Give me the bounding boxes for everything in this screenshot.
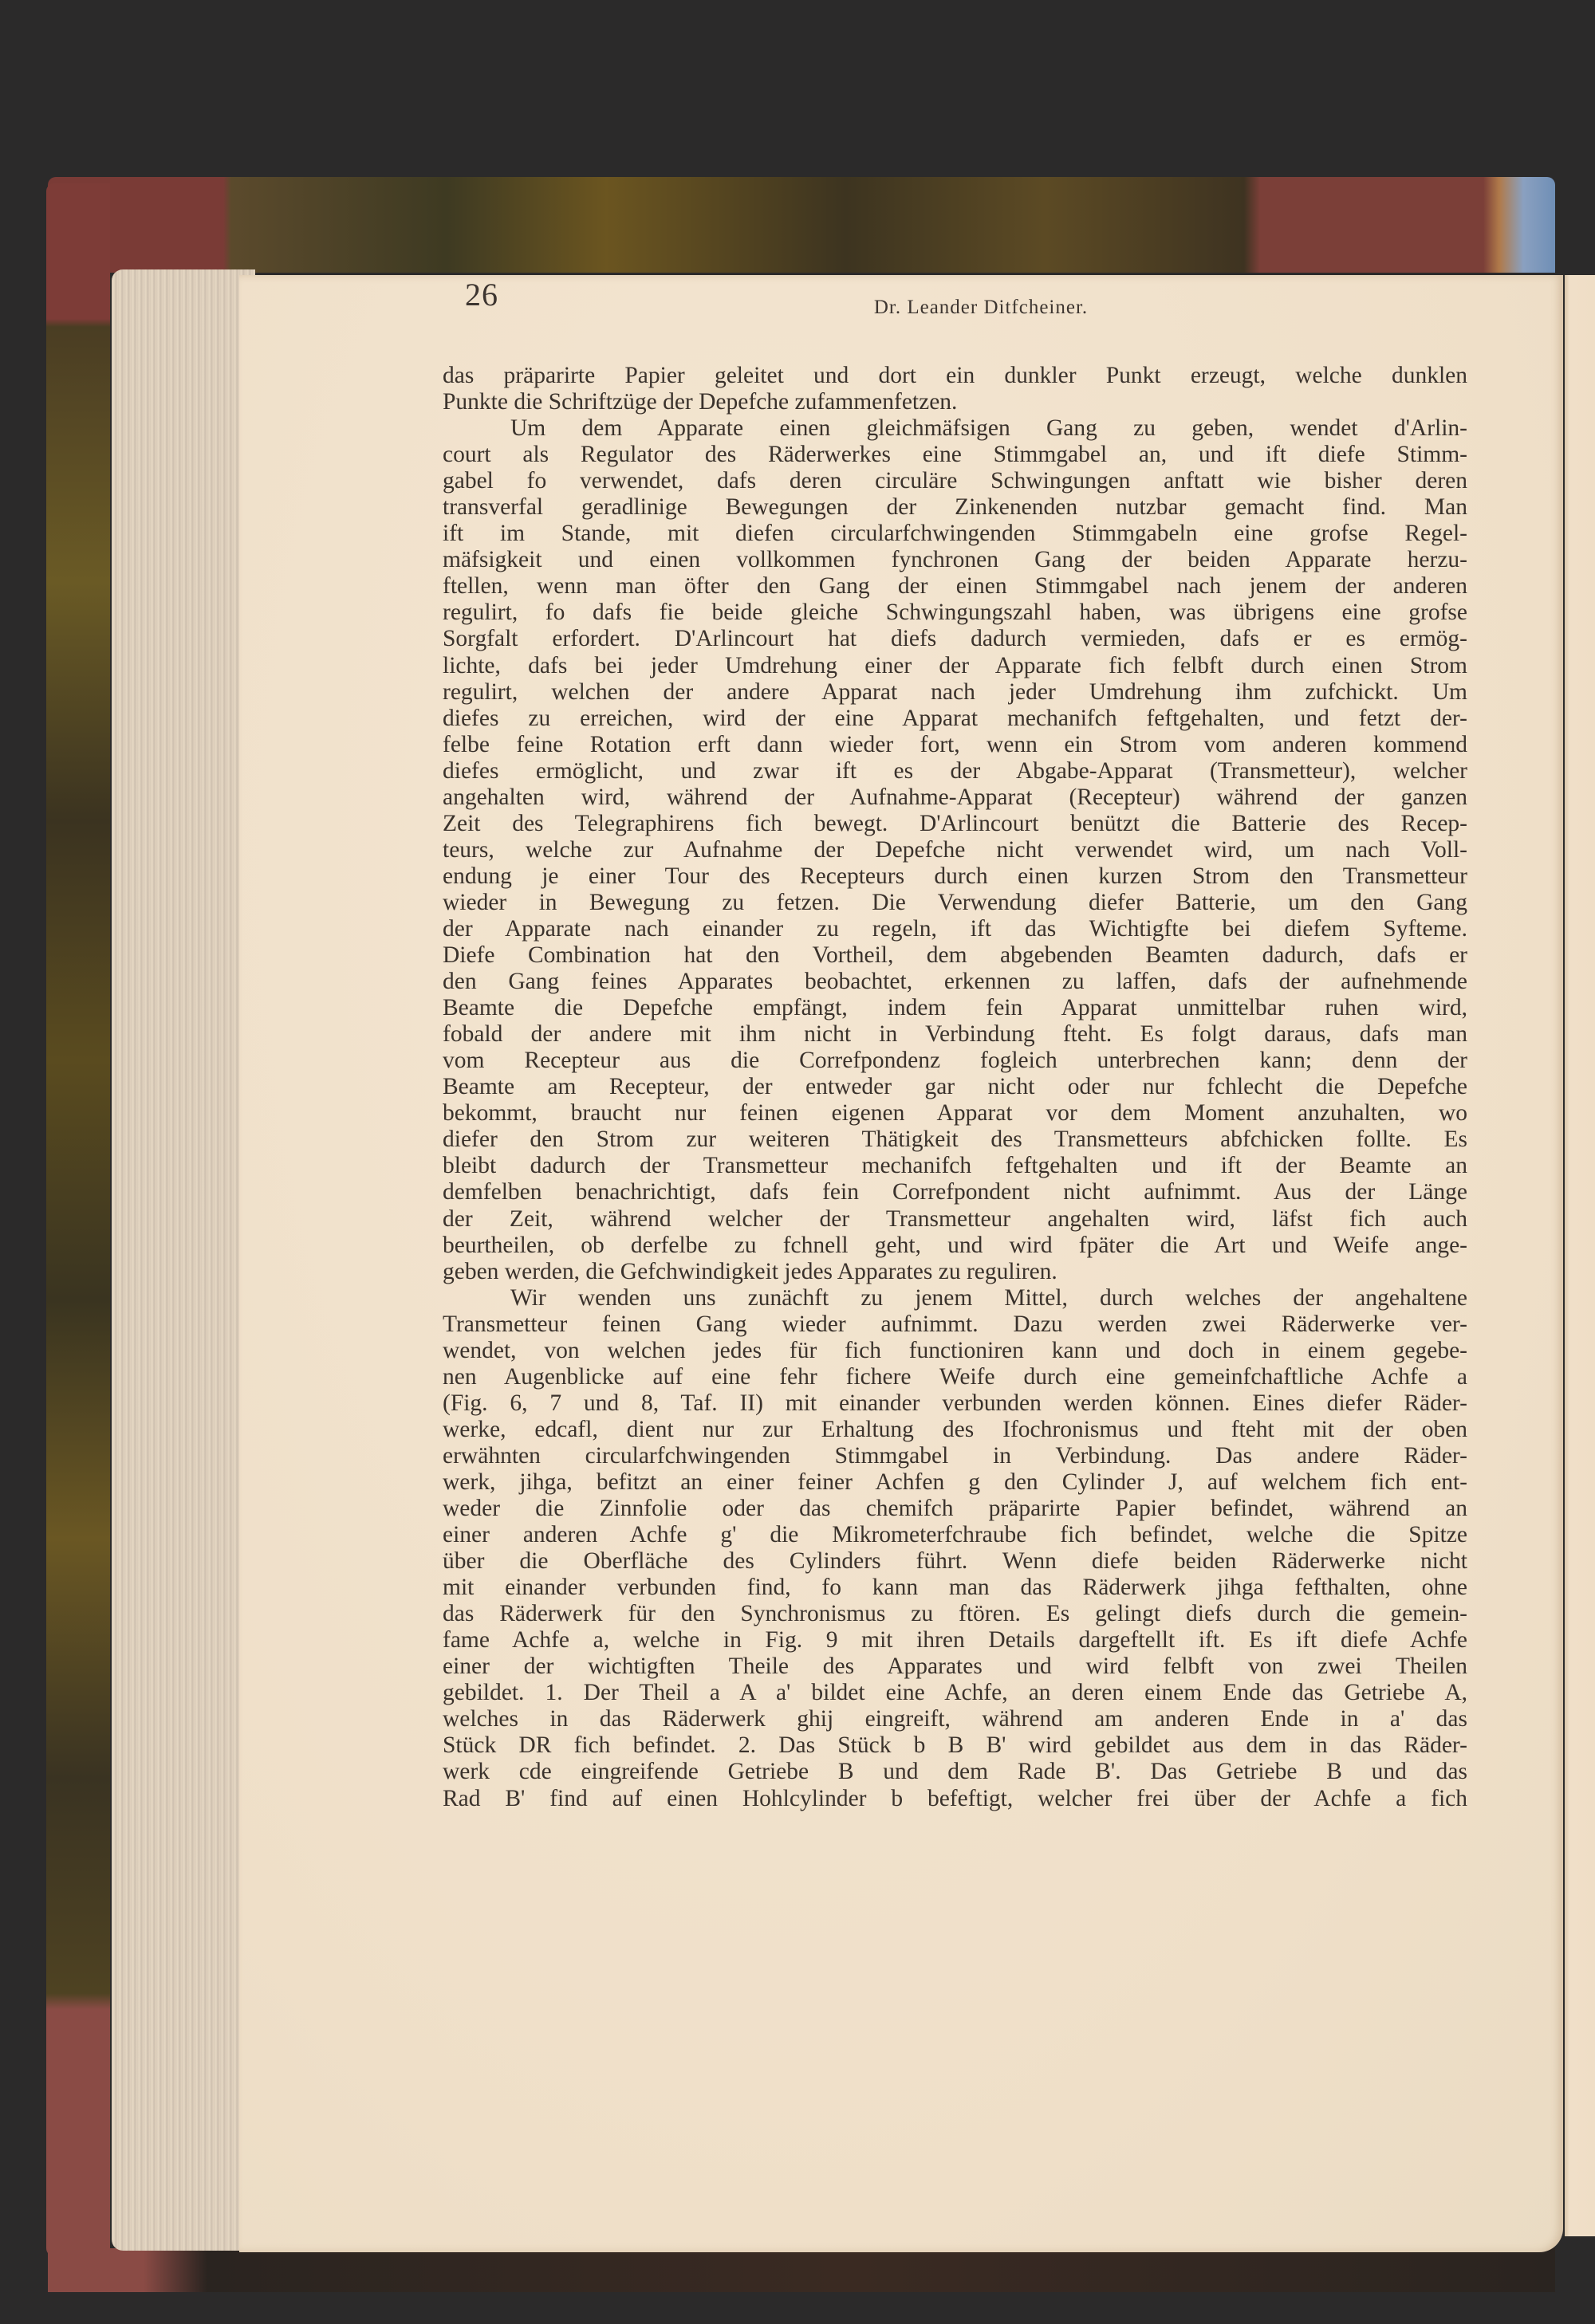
text-line: bekommt, braucht nur feinen eigenen Appa… bbox=[443, 1100, 1467, 1127]
text-line: lichte, dafs bei jeder Umdrehung einer d… bbox=[443, 653, 1467, 679]
text-line: demfelben benachrichtigt, dafs fein Corr… bbox=[443, 1179, 1467, 1205]
text-line: transverfal geradlinige Bewegungen der Z… bbox=[443, 494, 1467, 521]
text-line: wieder in Bewegung zu fetzen. Die Verwen… bbox=[443, 890, 1467, 916]
text-line: felbe feine Rotation erft dann wieder fo… bbox=[443, 732, 1467, 758]
text-line: bleibt dadurch der Transmetteur mechanif… bbox=[443, 1153, 1467, 1179]
text-line: wendet, von welchen jedes für fich funct… bbox=[443, 1338, 1467, 1364]
page-stack-edge bbox=[112, 269, 255, 2251]
text-line: Sorgfalt erfordert. D'Arlincourt hat die… bbox=[443, 626, 1467, 652]
book-cover-top-edge bbox=[48, 177, 1555, 273]
text-line: ftellen, wenn man öfter den Gang der ein… bbox=[443, 573, 1467, 600]
text-line: gabel fo verwendet, dafs deren circuläre… bbox=[443, 468, 1467, 494]
text-line: beurtheilen, ob derfelbe zu fchnell geht… bbox=[443, 1233, 1467, 1259]
text-line: Transmetteur feinen Gang wieder aufnimmt… bbox=[443, 1311, 1467, 1338]
text-line: teurs, welche zur Aufnahme der Depefche … bbox=[443, 837, 1467, 863]
text-line: das Räderwerk für den Synchronismus zu f… bbox=[443, 1601, 1467, 1627]
text-line: einer der wichtigften Theile des Apparat… bbox=[443, 1654, 1467, 1680]
text-line: werk, jihga, befitzt an einer feiner Ach… bbox=[443, 1469, 1467, 1496]
text-line: diefes zu erreichen, wird der eine Appar… bbox=[443, 706, 1467, 732]
text-line: werke, edcafl, dient nur zur Erhaltung d… bbox=[443, 1417, 1467, 1443]
text-line: (Fig. 6, 7 und 8, Taf. II) mit einander … bbox=[443, 1390, 1467, 1417]
text-line: über die Oberfläche des Cylinders führt.… bbox=[443, 1548, 1467, 1575]
text-line: vom Recepteur aus die Correfpondenz fogl… bbox=[443, 1048, 1467, 1074]
text-line: mäfsigkeit und einen vollkommen fynchron… bbox=[443, 547, 1467, 573]
text-line: angehalten wird, während der Aufnahme-Ap… bbox=[443, 784, 1467, 811]
book-cover-bottom-edge bbox=[48, 2248, 1555, 2292]
text-line: der Zeit, während welcher der Transmette… bbox=[443, 1206, 1467, 1233]
text-line: Punkte die Schriftzüge der Depefche zufa… bbox=[443, 389, 1467, 415]
text-line: court als Regulator des Räderwerkes eine… bbox=[443, 442, 1467, 468]
running-head-text: Dr. Leander Ditfcheiner. bbox=[874, 297, 1088, 318]
text-line: geben werden, die Gefchwindigkeit jedes … bbox=[443, 1259, 1467, 1285]
text-line: weder die Zinnfolie oder das chemifch pr… bbox=[443, 1496, 1467, 1522]
text-line: der Apparate nach einander zu regeln, if… bbox=[443, 916, 1467, 942]
text-line: erwähnten circularfchwingenden Stimmgabe… bbox=[443, 1443, 1467, 1469]
text-line: das präparirte Papier geleitet und dort … bbox=[443, 363, 1467, 389]
text-line: Stück DR fich befindet. 2. Das Stück b B… bbox=[443, 1732, 1467, 1759]
text-line: Beamte am Recepteur, der entweder gar ni… bbox=[443, 1074, 1467, 1100]
text-line: ift im Stande, mit diefen circularfchwin… bbox=[443, 521, 1467, 547]
book-cover-spine-edge bbox=[46, 183, 110, 2256]
text-line: Beamte die Depefche empfängt, indem fein… bbox=[443, 995, 1467, 1021]
text-line: Wir wenden uns zunächft zu jenem Mittel,… bbox=[443, 1285, 1467, 1311]
text-line: Diefe Combination hat den Vortheil, dem … bbox=[443, 942, 1467, 969]
text-line: Zeit des Telegraphirens fich bewegt. D'A… bbox=[443, 811, 1467, 837]
text-line: gebildet. 1. Der Theil a A a' bildet ein… bbox=[443, 1680, 1467, 1706]
text-line: welches in das Räderwerk ghij eingreift,… bbox=[443, 1706, 1467, 1732]
text-line: regulirt, welchen der andere Apparat nac… bbox=[443, 679, 1467, 706]
text-line: nen Augenblicke auf eine fehr fichere We… bbox=[443, 1364, 1467, 1390]
text-line: diefer den Strom zur weiteren Thätigkeit… bbox=[443, 1127, 1467, 1153]
text-line: diefes ermöglicht, und zwar ift es der A… bbox=[443, 758, 1467, 784]
text-line: Rad B' find auf einen Hohlcylinder b bef… bbox=[443, 1786, 1467, 1812]
text-line: werk cde eingreifende Getriebe B und dem… bbox=[443, 1759, 1467, 1785]
running-head: Dr. Leander Ditfcheiner. bbox=[0, 297, 1595, 319]
text-line: Um dem Apparate einen gleichmäfsigen Gan… bbox=[443, 415, 1467, 442]
adjacent-page-edge bbox=[1565, 275, 1595, 2236]
text-line: den Gang feines Apparates beobachtet, er… bbox=[443, 969, 1467, 995]
body-text: das präparirte Papier geleitet und dort … bbox=[443, 363, 1467, 1812]
text-line: einer anderen Achfe g' die Mikrometerfch… bbox=[443, 1522, 1467, 1548]
text-line: regulirt, fo dafs fie beide gleiche Schw… bbox=[443, 600, 1467, 626]
text-line: fame Achfe a, welche in Fig. 9 mit ihren… bbox=[443, 1627, 1467, 1654]
text-line: fobald der andere mit ihm nicht in Verbi… bbox=[443, 1021, 1467, 1048]
text-line: mit einander verbunden find, fo kann man… bbox=[443, 1575, 1467, 1601]
text-line: endung je einer Tour des Recepteurs durc… bbox=[443, 863, 1467, 890]
